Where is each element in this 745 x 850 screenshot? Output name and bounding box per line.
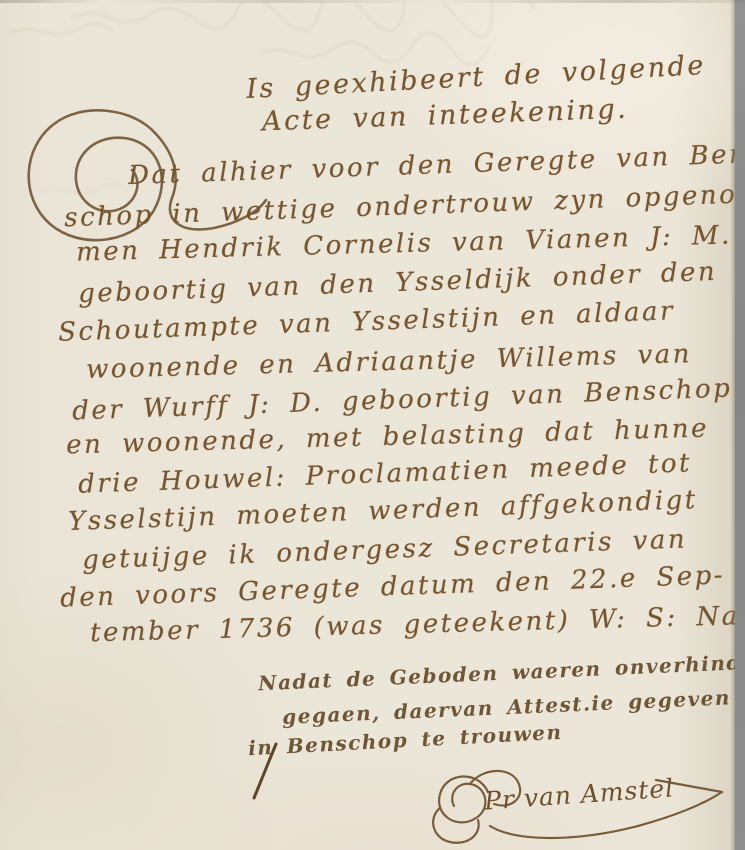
page-top-edge <box>0 0 745 3</box>
signature-block: Pr van Amstel <box>426 764 736 850</box>
pen-stroke <box>242 742 282 802</box>
heading-line-1: Is geexhibeert de volgende <box>246 50 707 105</box>
manuscript-scan: Is geexhibeert de volgende Acte van inte… <box>0 0 745 850</box>
scanner-edge <box>735 0 745 850</box>
